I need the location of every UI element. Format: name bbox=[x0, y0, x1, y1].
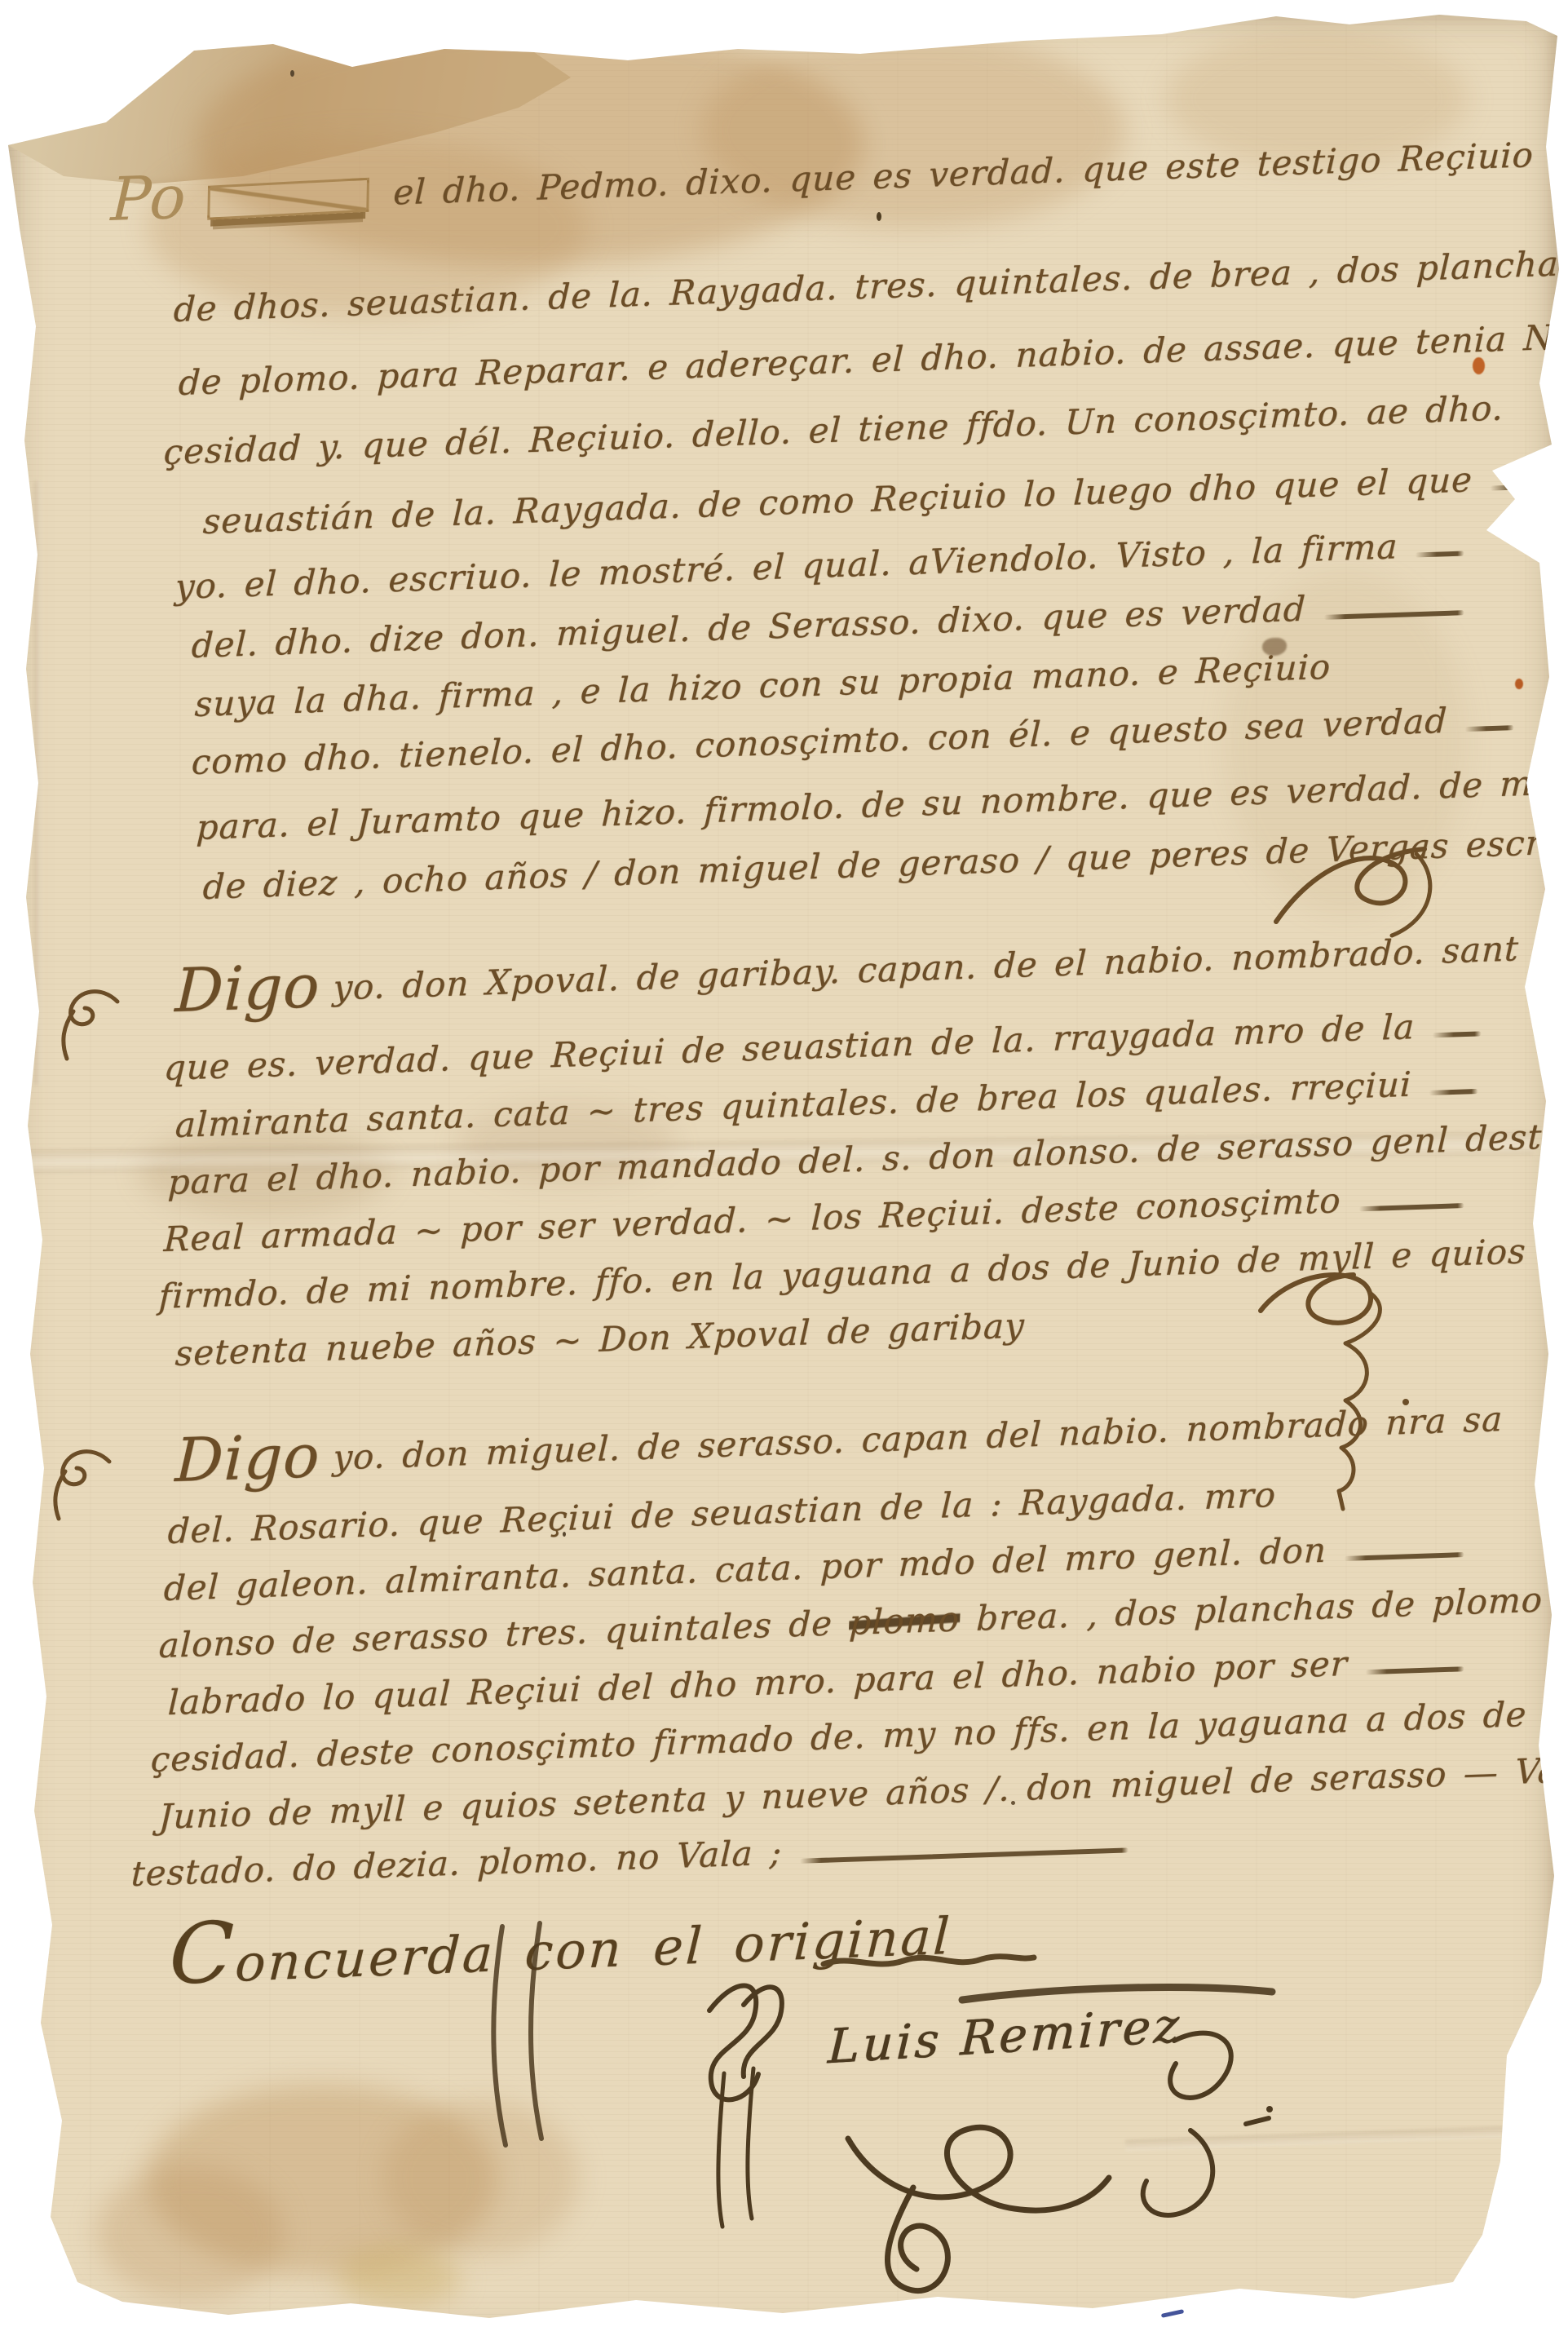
end-flourish bbox=[1268, 820, 1455, 958]
line-filler-stroke bbox=[1358, 1203, 1464, 1211]
blue-ink-dash bbox=[1161, 2309, 1184, 2318]
line-text: de plomo. para Reparar. e adereçar. el d… bbox=[178, 319, 1568, 401]
signature-rubric bbox=[424, 1900, 1288, 2292]
paragraph-tick-icon bbox=[59, 985, 129, 1064]
manuscript-line: testado. do dezia. plomo. no Vala ; bbox=[130, 1823, 1134, 1894]
line-filler-stroke bbox=[1429, 1089, 1478, 1095]
paper-sheet: Poel dho. Pedmo. dixo. que es verdad. qu… bbox=[0, 0, 1568, 2349]
crossed-out-scribble bbox=[207, 178, 369, 220]
line-filler-stroke bbox=[1544, 1719, 1568, 1725]
paper-fleck bbox=[877, 212, 881, 221]
manuscript-scan: Poel dho. Pedmo. dixo. que es verdad. qu… bbox=[0, 0, 1568, 2349]
line-filler-stroke bbox=[1365, 1666, 1464, 1674]
line-filler-stroke bbox=[800, 1847, 1129, 1863]
folded-torn-corner bbox=[0, 0, 587, 196]
paragraph-initial: Digo bbox=[174, 1440, 320, 1478]
line-filler-stroke bbox=[1465, 725, 1514, 732]
manuscript-line: de dhos. seuastian. de la. Raygada. tres… bbox=[173, 249, 1470, 330]
line-text: testado. do dezia. plomo. no Vala ; bbox=[130, 1834, 783, 1892]
line-filler-stroke bbox=[1433, 1031, 1482, 1037]
line-filler-stroke bbox=[1416, 551, 1464, 558]
paper-stain bbox=[96, 2165, 284, 2300]
line-text: çesidad y. que dél. Reçiuio. dello. el t… bbox=[163, 390, 1504, 471]
line-text: de dhos. seuastian. de la. Raygada. tres… bbox=[173, 246, 1568, 328]
line-filler-stroke bbox=[1551, 159, 1568, 166]
paragraph-initial: Digo bbox=[174, 971, 320, 1008]
struck-word: plomo bbox=[849, 1599, 961, 1643]
line-filler-stroke bbox=[1344, 1552, 1464, 1561]
line-filler-stroke bbox=[1323, 610, 1464, 620]
line-text: setenta nuebe años ~ Don Xpoval de garib… bbox=[174, 1307, 1026, 1372]
paper-fleck bbox=[290, 70, 294, 77]
garibay-flourish bbox=[1246, 1260, 1417, 1529]
manuscript-line: çesidad y. que dél. Reçiuio. dello. el t… bbox=[163, 391, 1470, 471]
manuscript-line: de plomo. para Reparar. e adereçar. el d… bbox=[178, 322, 1470, 403]
line-text: seuastián de la. Raygada. de como Reçiui… bbox=[202, 462, 1473, 540]
line-filler-stroke bbox=[1490, 484, 1539, 491]
line-text: el dho. Pedmo. dixo. que es verdad. que … bbox=[393, 137, 1535, 211]
paragraph-initial: Po bbox=[110, 182, 187, 218]
red-speck bbox=[1515, 679, 1523, 689]
fold-crease bbox=[34, 481, 42, 1085]
paragraph-tick-icon bbox=[51, 1445, 121, 1524]
